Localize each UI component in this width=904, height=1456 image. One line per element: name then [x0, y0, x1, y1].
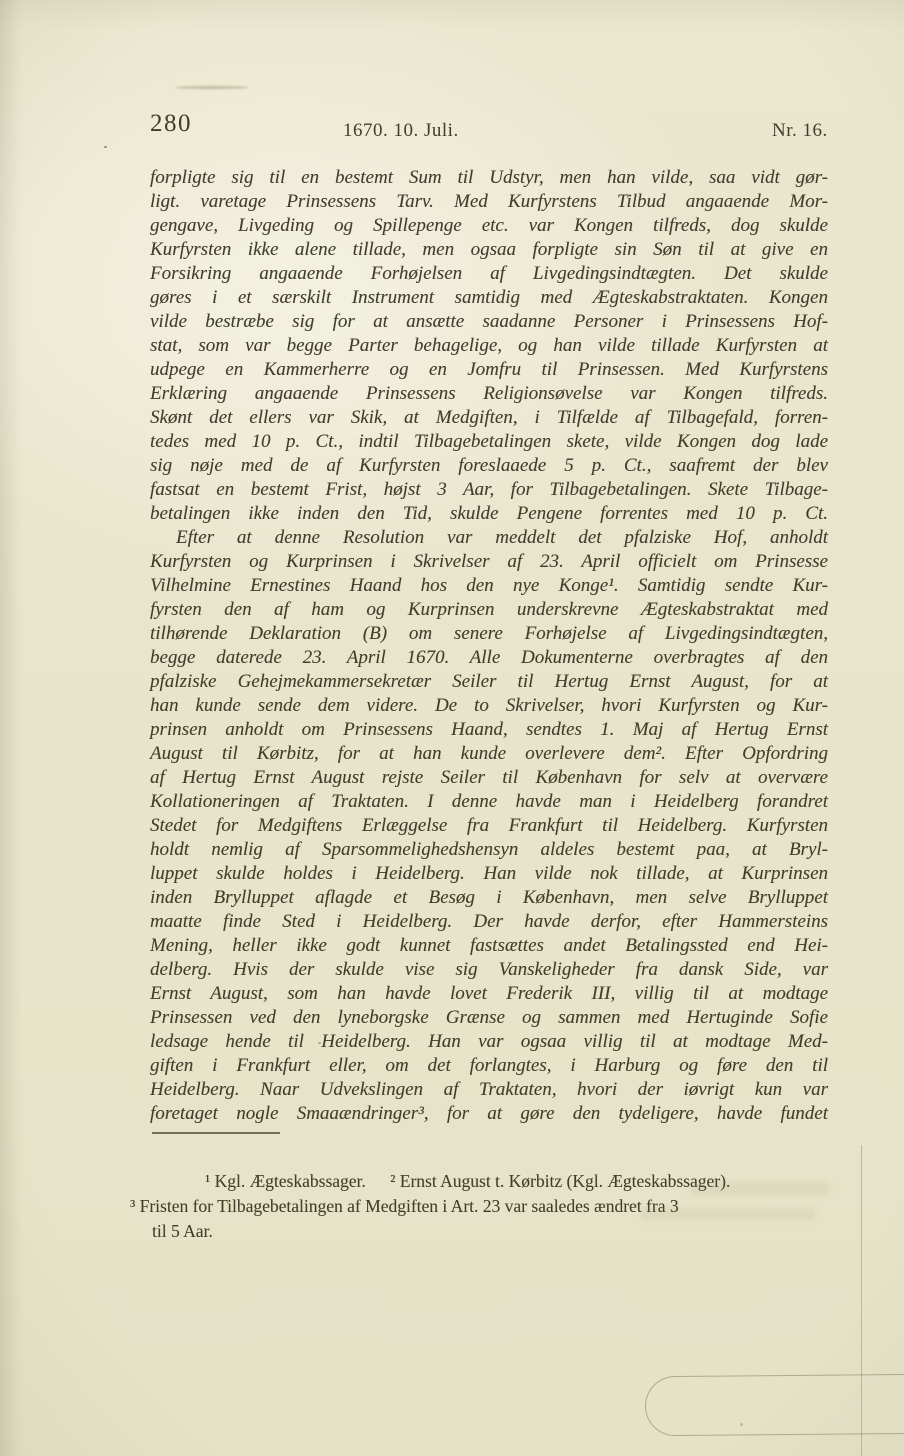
body-line: fyrsten den af ham og Kurprinsen undersk…: [150, 598, 828, 622]
body-line: sig nøje med de af Kurfyrsten foreslaaed…: [150, 454, 828, 478]
body-line: Efter at denne Resolution var meddelt de…: [150, 526, 828, 550]
body-line: betalingen ikke inden den Tid, skulde Pe…: [150, 502, 828, 526]
body-line: Erklæring angaaende Prinsessens Religion…: [150, 382, 828, 406]
issue-number: Nr. 16.: [772, 120, 828, 142]
footnote-3: ³ Fristen for Tilbagebetalingen af Medgi…: [130, 1196, 679, 1216]
body-line: begge daterede 23. April 1670. Alle Doku…: [150, 646, 828, 670]
body-line: August til Kørbitz, for at han kunde ove…: [150, 742, 828, 766]
body-line: pfalziske Gehejmekammersekretær Seiler t…: [150, 670, 828, 694]
body-line: han kunde sende dem videre. De to Skrive…: [150, 694, 828, 718]
body-line: udpege en Kammerherre og en Jomfru til P…: [150, 358, 828, 382]
footnotes: ¹ Kgl. Ægteskabssager. ² Ernst August t.…: [130, 1169, 830, 1244]
footnote-3-continuation: til 5 Aar.: [152, 1221, 213, 1241]
body-line: Forsikring angaaende Forhøjelsen af Livg…: [150, 262, 828, 286]
body-line: Ernst August, som han havde lovet Freder…: [150, 982, 828, 1006]
body-line: gøres i et særskilt Instrument samtidig …: [150, 286, 828, 310]
date-heading: 1670. 10. Juli.: [343, 120, 459, 142]
footnote-1: ¹ Kgl. Ægteskabssager.: [205, 1171, 366, 1191]
body-line: gengave, Livgeding og Spillepenge etc. v…: [150, 214, 828, 238]
page-edge-line: [861, 1145, 862, 1456]
ink-bleedthrough-smudge: [640, 1208, 815, 1220]
ink-bleedthrough-smudge: [690, 1182, 830, 1195]
body-line: inden Brylluppet aflagde et Besøg i Købe…: [150, 886, 828, 910]
paper-speck: [318, 1042, 321, 1044]
body-line: delberg. Hvis der skulde vise sig Vanske…: [150, 958, 828, 982]
body-line: maatte finde Sted i Heidelberg. Der havd…: [150, 910, 828, 934]
footnote-separator-rule: [152, 1132, 280, 1134]
body-line: Vilhelmine Ernestines Haand hos den nye …: [150, 574, 828, 598]
page-number: 280: [150, 110, 192, 138]
body-line: stat, som var begge Parter behagelige, o…: [150, 334, 828, 358]
body-line: forpligte sig til en bestemt Sum til Uds…: [150, 166, 828, 190]
body-line: prinsen anholdt om Prinsessens Haand, se…: [150, 718, 828, 742]
paper-smudge: [175, 86, 249, 89]
book-page: 280 1670. 10. Juli. Nr. 16. forpligte si…: [0, 0, 904, 1456]
body-line: Prinsessen ved den lyneborgske Grænse og…: [150, 1006, 828, 1030]
footnote-2: ² Ernst August t. Kørbitz (Kgl. Ægteskab…: [390, 1171, 730, 1191]
body-line: Heidelberg. Naar Udvekslingen af Traktat…: [150, 1078, 828, 1102]
body-line: giften i Frankfurt eller, om det forlang…: [150, 1054, 828, 1078]
body-line: luppet skulde holdes i Heidelberg. Han v…: [150, 862, 828, 886]
body-line: tedes med 10 p. Ct., indtil Tilbagebetal…: [150, 430, 828, 454]
body-line: Stedet for Medgiftens Erlæggelse fra Fra…: [150, 814, 828, 838]
footnote-line: til 5 Aar.: [152, 1219, 830, 1244]
body-line: foretaget nogle Smaaændringer³, for at g…: [150, 1102, 828, 1126]
body-line: ledsage hende til Heidelberg. Han var og…: [150, 1030, 828, 1054]
body-line: ligt. varetage Prinsessens Tarv. Med Kur…: [150, 190, 828, 214]
body-text: forpligte sig til en bestemt Sum til Uds…: [150, 166, 828, 1126]
body-line: holdt nemlig af Sparsommelighedshensyn a…: [150, 838, 828, 862]
body-line: af Hertug Ernst August rejste Seiler til…: [150, 766, 828, 790]
body-line: Mening, heller ikke godt kunnet fastsætt…: [150, 934, 828, 958]
body-line: tilhørende Deklaration (B) om senere For…: [150, 622, 828, 646]
body-line: Kurfyrsten ikke alene tillade, men ogsaa…: [150, 238, 828, 262]
body-line: Kurfyrsten og Kurprinsen i Skrivelser af…: [150, 550, 828, 574]
body-line: Kollationeringen af Traktaten. I denne h…: [150, 790, 828, 814]
body-line: Skønt det ellers var Skik, at Medgiften,…: [150, 406, 828, 430]
card-pocket-outline: [645, 1374, 904, 1437]
paper-speck: [104, 146, 107, 148]
body-line: vilde bestræbe sig for at ansætte saadan…: [150, 310, 828, 334]
body-line: fastsat en bestemt Frist, højst 3 Aar, f…: [150, 478, 828, 502]
